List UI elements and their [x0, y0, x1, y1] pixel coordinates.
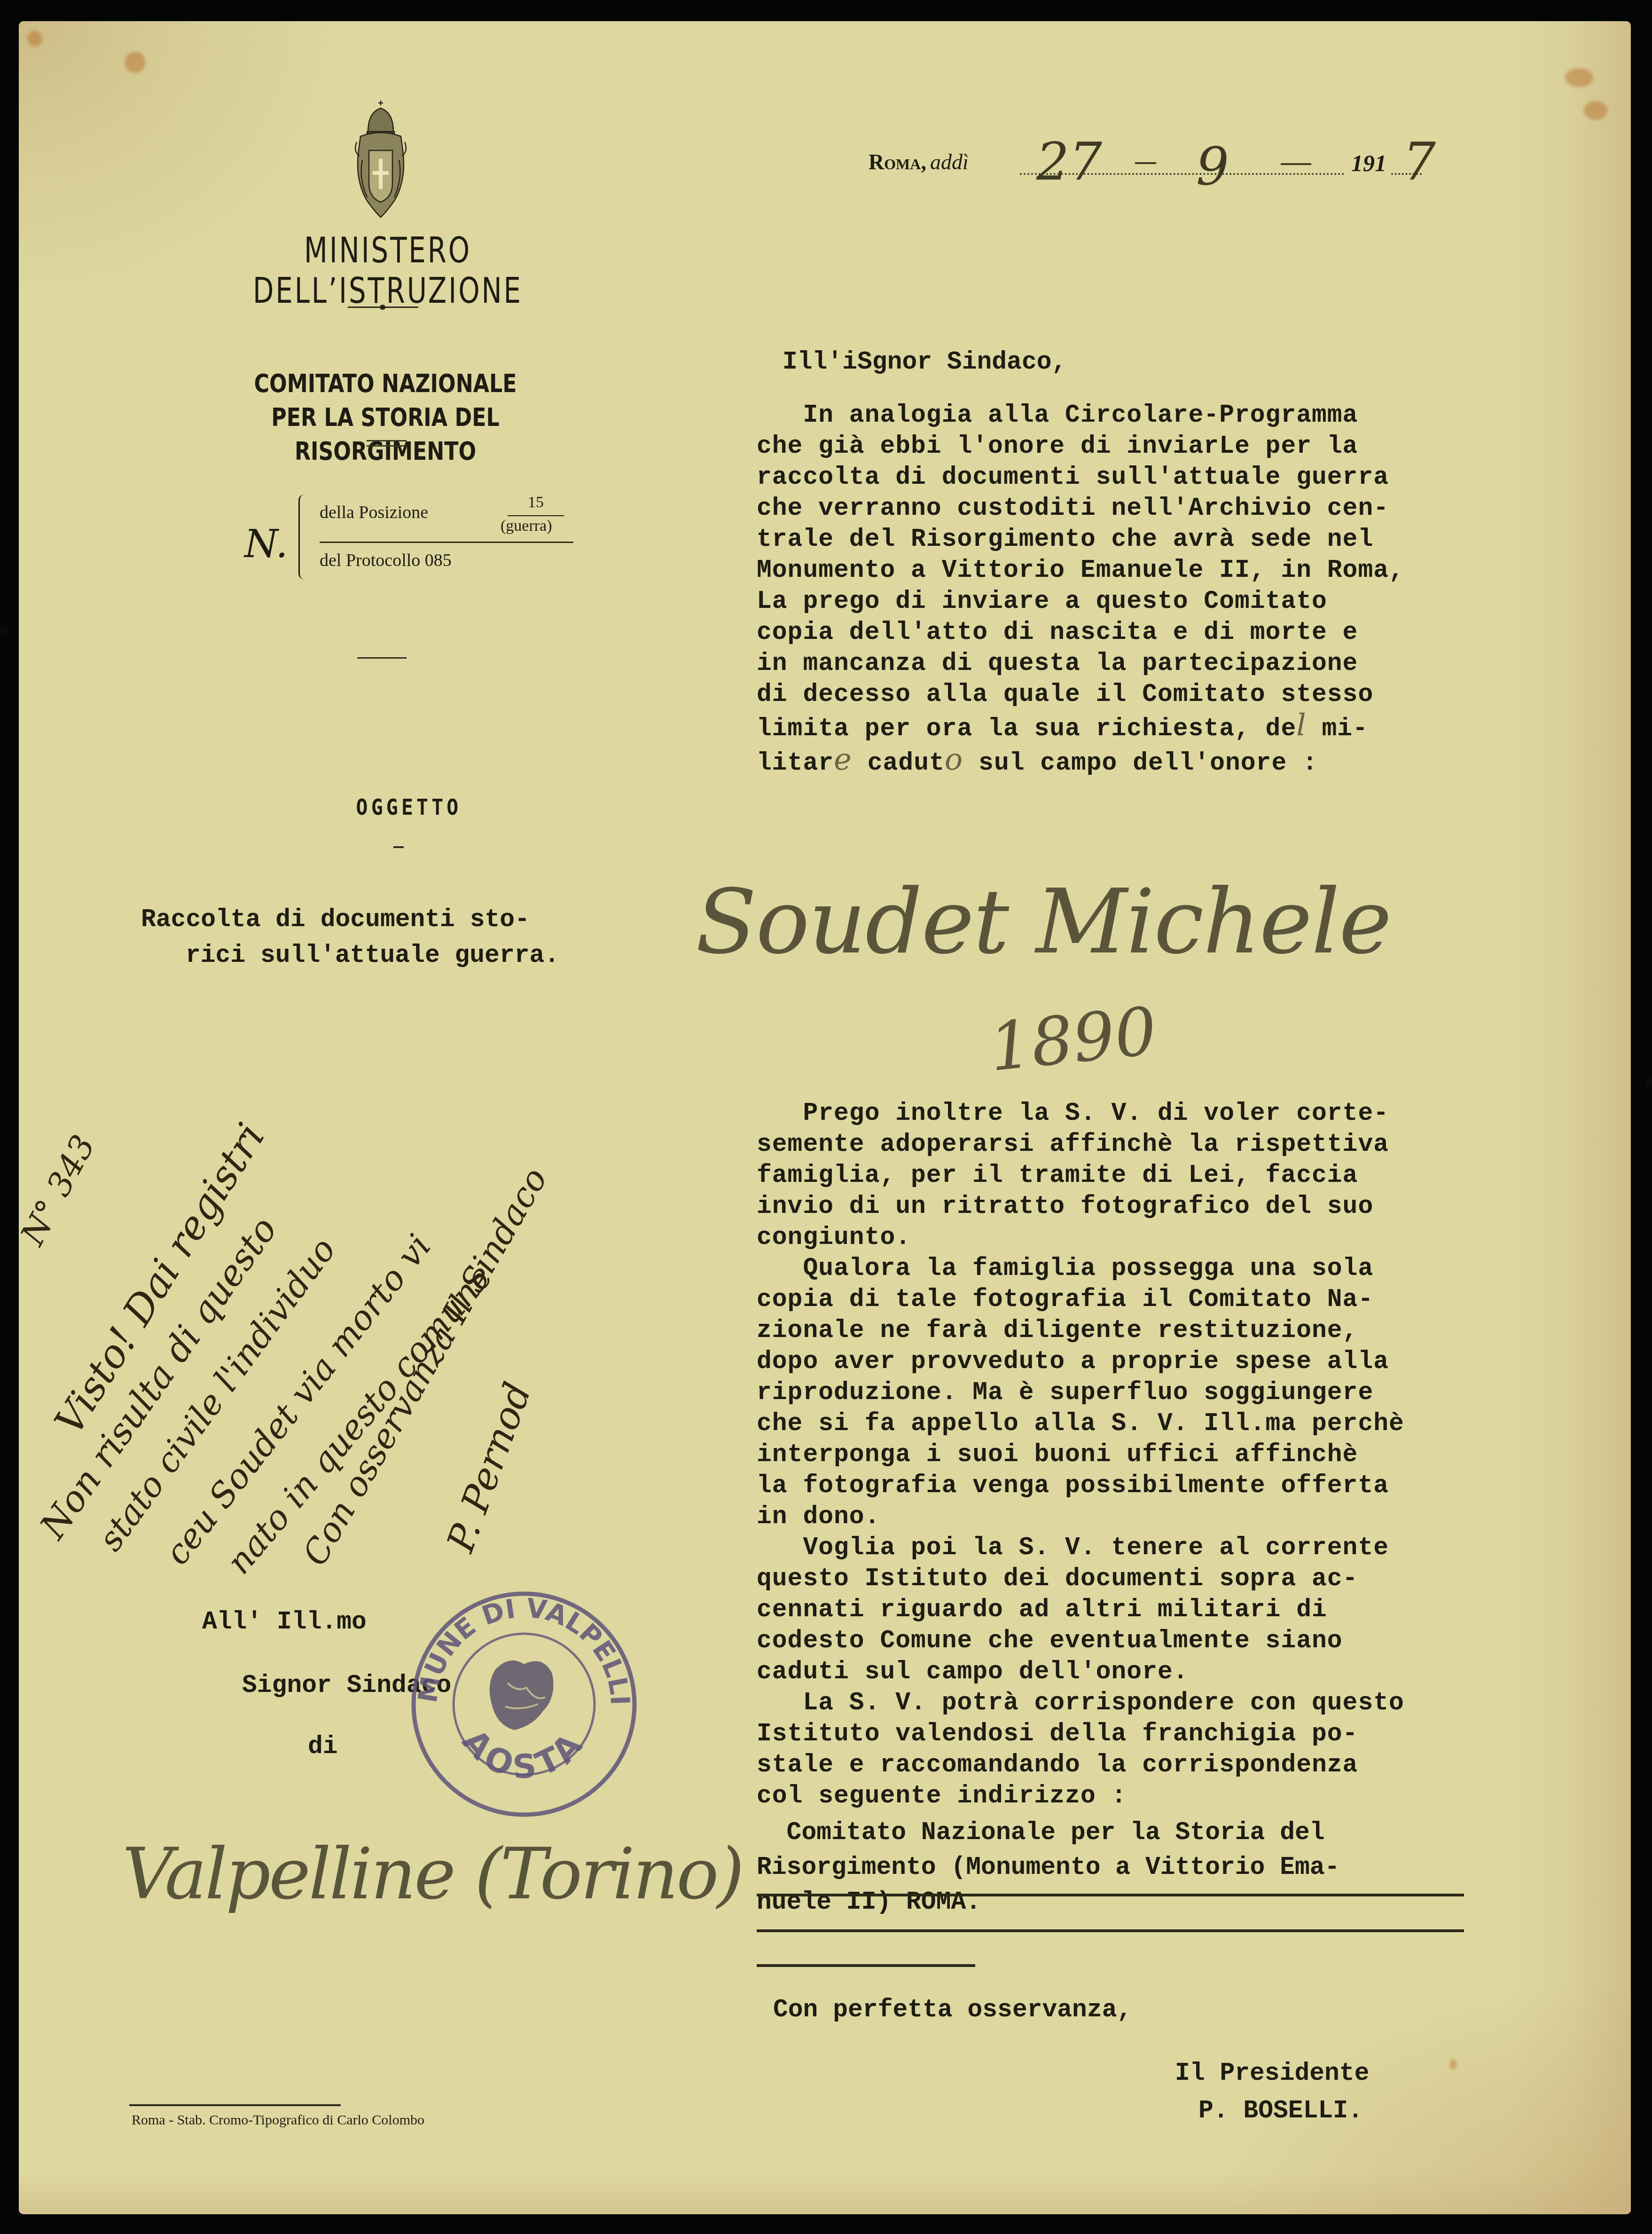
age-stain — [1509, 21, 1631, 2214]
addressee-line: All' Ill.mo — [202, 1608, 367, 1636]
subject-text: Raccolta di documenti sto- rici sull'att… — [141, 902, 681, 973]
text-line: riproduzione. Ma è superfluo soggiungere — [757, 1377, 1466, 1408]
date-month-handwritten: 9 — [1196, 136, 1229, 197]
n-label: N. — [244, 522, 288, 566]
date-year-handwritten: 7 — [1403, 132, 1436, 192]
postal-address: Comitato Nazionale per la Storia del Ris… — [757, 1817, 1476, 1918]
text-line: Monumento a Vittorio Emanuele II, in Rom… — [757, 555, 1466, 586]
position-label: della Posizione — [320, 502, 428, 523]
text-line: invio di un ritratto fotografico del suo — [757, 1191, 1466, 1222]
text-line: La prego di inviare a questo Comitato — [757, 586, 1466, 617]
address-underline — [757, 1964, 975, 1967]
address-line: Risorgimento (Monumento a Vittorio Ema- — [757, 1852, 1476, 1883]
committee-name: COMITATO NAZIONALE PER LA STORIA DEL RIS… — [185, 367, 586, 468]
municipal-stamp: COMUNE DI VALPELLINE AOSTA — [404, 1584, 644, 1824]
subject-heading: OGGETTO — [147, 794, 671, 820]
closing: Con perfetta osservanza, — [773, 1996, 1132, 2024]
text-line: col seguente indirizzo : — [757, 1780, 1466, 1811]
subject-line: rici sull'attuale guerra. — [141, 937, 681, 973]
dateline: Roma,addì — [869, 149, 969, 174]
date-day-handwritten: 27 — [1036, 132, 1102, 192]
addressee-line: di — [308, 1732, 338, 1761]
punch-hole — [1645, 1077, 1652, 1087]
place-label: Roma, — [869, 150, 926, 174]
text-line: zionale ne farà diligente restituzione, — [757, 1315, 1466, 1346]
year-prefix: 191 — [1351, 149, 1386, 177]
fallen-soldier-name: Soudet Michele — [696, 870, 1391, 974]
text-line: Qualora la famiglia possegga una sola — [757, 1253, 1466, 1284]
address-line: nuele II) ROMA. — [757, 1887, 1476, 1918]
handwritten-insert: o — [945, 742, 963, 777]
handwritten-insert: e — [834, 742, 852, 777]
foxing-spot — [27, 31, 42, 47]
reference-number-field: N. della Posizione 15 (guerra) del Proto… — [244, 489, 573, 583]
ornament-divider — [348, 306, 418, 308]
field-rule — [320, 542, 573, 543]
foxing-spot — [1565, 68, 1593, 87]
text-line: Voglia poi la S. V. tenere al corrente — [757, 1532, 1466, 1563]
text-line: Prego inoltre la S. V. di voler corte- — [757, 1098, 1466, 1129]
text-line: copia di tale fotografia il Comitato Na- — [757, 1284, 1466, 1315]
text-line: che già ebbi l'onore di inviarLe per la — [757, 431, 1466, 462]
text-line: copia dell'atto di nascita e di morte e — [757, 617, 1466, 648]
text-line: congiunto. — [757, 1222, 1466, 1253]
punch-hole — [0, 625, 8, 635]
text-line: interponga i suoi buoni uffici affinchè — [757, 1439, 1466, 1470]
foxing-spot — [125, 52, 146, 73]
address-underline — [757, 1894, 1464, 1896]
text-line: questo Istituto dei documenti sopra ac- — [757, 1563, 1466, 1594]
paragraph-2: Prego inoltre la S. V. di voler corte- s… — [757, 1098, 1466, 1811]
text-line: semente adoperarsi affinchè la rispettiv… — [757, 1129, 1466, 1160]
fraction-bar — [508, 515, 564, 516]
ministry-name: MINISTERO DELL’ISTRUZIONE — [177, 230, 599, 311]
brace — [298, 495, 310, 579]
protocol-number: 085 — [425, 551, 452, 570]
text-line: stale e raccomandando la corrispondenza — [757, 1749, 1466, 1780]
protocol-label: del Protocollo 085 — [320, 550, 452, 571]
foxing-spot — [1450, 2059, 1456, 2069]
savoy-royal-crest-icon — [350, 99, 411, 221]
text-line: Istituto valendosi della franchigia po- — [757, 1718, 1466, 1749]
foxing-spot — [1584, 101, 1607, 120]
committee-line-1: COMITATO NAZIONALE — [185, 367, 586, 401]
text-line: caduti sul campo dell'onore. — [757, 1656, 1466, 1687]
signatory-title: Il Presidente — [1175, 2059, 1369, 2087]
text-line: In analogia alla Circolare-Programma — [757, 400, 1466, 431]
text-line: cennati riguardo ad altri militari di — [757, 1594, 1466, 1625]
salutation: Ill'iSgnor Sindaco, — [783, 348, 1066, 376]
committee-line-2: PER LA STORIA DEL RISORGIMENTO — [185, 401, 586, 468]
text-line: limita per ora la sua richiesta, del mi- — [757, 710, 1466, 744]
position-number: 15 — [508, 494, 564, 511]
date-dash — [1135, 162, 1156, 164]
address-line: Comitato Nazionale per la Storia del — [757, 1817, 1476, 1848]
paragraph-1: In analogia alla Circolare-Programma che… — [757, 400, 1466, 779]
text-line: dopo aver provveduto a proprie spese all… — [757, 1346, 1466, 1377]
imprint-rule — [129, 2104, 341, 2106]
addi-label: addì — [930, 150, 969, 174]
text-line: codesto Comune che eventualmente siano — [757, 1625, 1466, 1656]
addressee-place-handwritten: Valpelline (Torino) — [122, 1833, 743, 1915]
address-underline — [757, 1929, 1464, 1932]
text-line: trale del Risorgimento che avrà sede nel — [757, 524, 1466, 555]
text-line: che verranno custoditi nell'Archivio cen… — [757, 493, 1466, 524]
text-line: di decesso alla quale il Comitato stesso — [757, 679, 1466, 710]
text-line: la fotografia venga possibilmente offert… — [757, 1470, 1466, 1501]
text-line: La S. V. potrà corrispondere con questo — [757, 1687, 1466, 1718]
text-line: in mancanza di questa la partecipazione — [757, 648, 1466, 679]
text-line: litare caduto sul campo dell'onore : — [757, 744, 1466, 779]
double-rule-divider — [367, 440, 407, 447]
divider — [357, 657, 407, 659]
marginal-handwritten-note: N° 343 Visto! Dai registri Non risulta d… — [47, 1034, 658, 1551]
subject-line: Raccolta di documenti sto- — [141, 902, 681, 937]
text-line: raccolta di documenti sull'attuale guerr… — [757, 462, 1466, 493]
mayor-signature: P. Pernod — [438, 1377, 540, 1558]
handwritten-insert: l — [1296, 708, 1306, 743]
age-stain — [19, 2172, 1631, 2214]
signatory-name: P. BOSELLI. — [1198, 2097, 1363, 2125]
text-line: famiglia, per il tramite di Lei, faccia — [757, 1160, 1466, 1191]
text-line: in dono. — [757, 1501, 1466, 1532]
printer-imprint: Roma - Stab. Cromo-Tipografico di Carlo … — [132, 2112, 424, 2128]
position-category: (guerra) — [501, 517, 552, 535]
date-dash — [1281, 163, 1311, 165]
divider — [393, 846, 404, 848]
svg-text:AOSTA: AOSTA — [455, 1722, 593, 1786]
text-line: che si fa appello alla S. V. Ill.ma perc… — [757, 1408, 1466, 1439]
